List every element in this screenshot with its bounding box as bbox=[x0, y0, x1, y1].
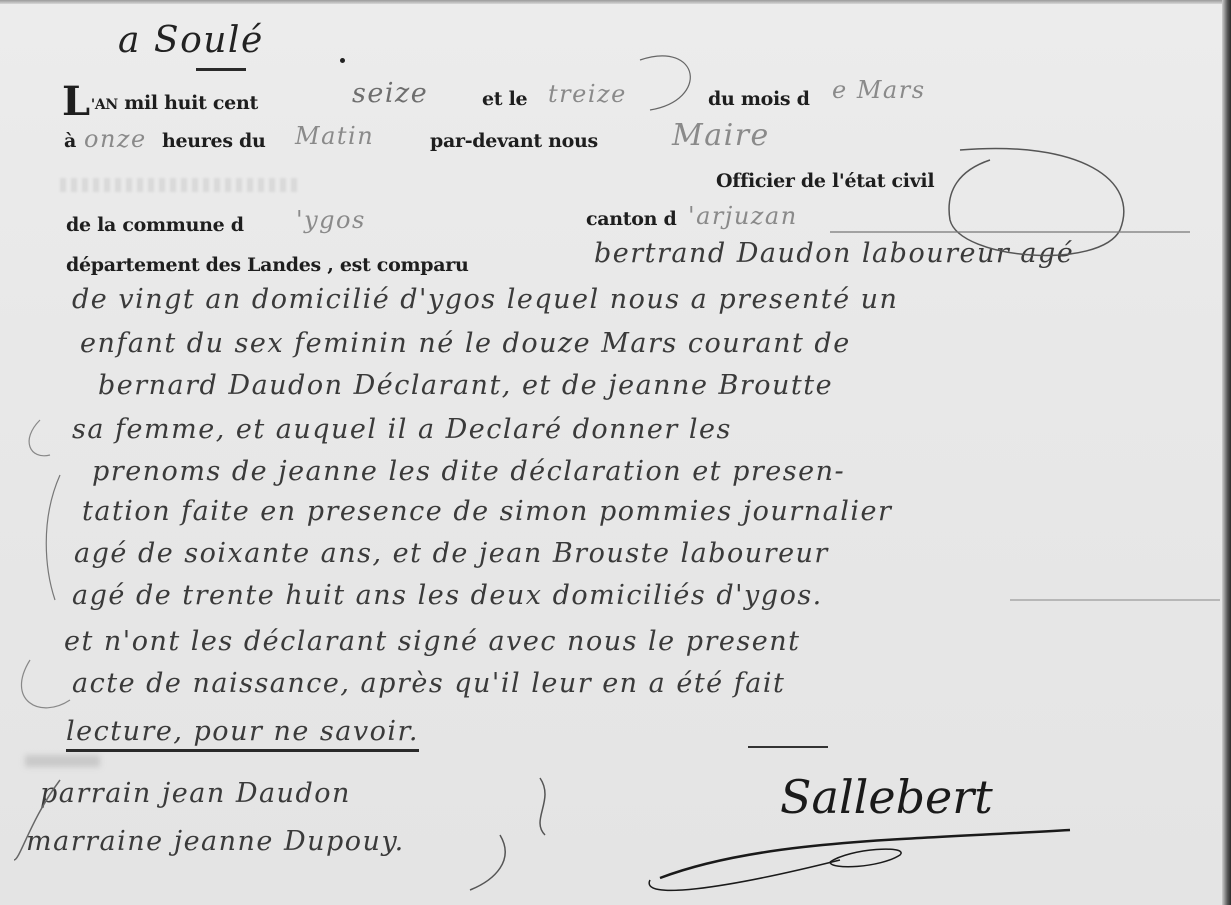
margin-name-underline bbox=[196, 68, 246, 71]
godmother-line: marraine jeanne Dupouy. bbox=[26, 826, 405, 857]
printed-line-1-prefix: L'AN mil huit cent bbox=[62, 82, 258, 122]
closing-dash bbox=[748, 746, 828, 748]
body-line-10: et n'ont les déclarant signé avec nous l… bbox=[64, 626, 800, 657]
filled-canton-text: 'arjuzan bbox=[688, 202, 798, 230]
printed-line-1-mid: et le bbox=[482, 88, 527, 110]
filled-officer: Maire bbox=[672, 118, 770, 153]
filled-year-text: seize bbox=[352, 78, 428, 109]
body-line-6: prenoms de jeanne les dite déclaration e… bbox=[92, 456, 845, 487]
filled-hour: onze bbox=[84, 125, 147, 153]
ink-smudge bbox=[25, 755, 100, 767]
body-line-4: bernard Daudon Déclarant, et de jeanne B… bbox=[98, 370, 833, 401]
filled-time-of-day: Matin bbox=[295, 122, 374, 150]
filled-canton: 'arjuzan bbox=[688, 202, 798, 230]
body-line-7: tation faite en presence de simon pommie… bbox=[82, 496, 892, 527]
margin-name-text: a Soulé bbox=[118, 20, 264, 61]
printed-text: mil huit cent bbox=[124, 92, 258, 114]
ink-bleed-through bbox=[60, 178, 300, 192]
page-top-edge bbox=[0, 0, 1231, 4]
filled-commune-text: 'ygos bbox=[296, 206, 366, 234]
page-binding-edge bbox=[1222, 0, 1231, 905]
drop-cap: L bbox=[62, 78, 90, 125]
filled-year: seize bbox=[352, 78, 428, 109]
printed-line-5: département des Landes , est comparu bbox=[66, 254, 468, 276]
filled-day: treize bbox=[548, 80, 627, 108]
filled-officer-text: Maire bbox=[672, 118, 770, 153]
officer-signature: Sallebert bbox=[780, 770, 993, 824]
printed-line-2-mid: heures du bbox=[162, 130, 266, 152]
filled-hour-text: onze bbox=[84, 125, 147, 153]
smallcaps-an: 'AN bbox=[91, 97, 118, 113]
body-line-2: de vingt an domicilié d'ygos lequel nous… bbox=[72, 284, 898, 315]
printed-line-1-suffix: du mois d bbox=[708, 88, 810, 110]
body-line-9: agé de trente huit ans les deux domicili… bbox=[72, 580, 823, 611]
body-line-3: enfant du sex feminin né le douze Mars c… bbox=[80, 328, 851, 359]
printed-line-2-prefix: à bbox=[64, 130, 76, 152]
printed-line-3: Officier de l'état civil bbox=[716, 170, 934, 192]
filled-month-text: e Mars bbox=[832, 76, 926, 104]
civil-record-page: a Soulé L'AN mil huit cent seize et le t… bbox=[0, 0, 1231, 905]
body-line-11: acte de naissance, après qu'il leur en a… bbox=[72, 668, 785, 699]
filled-time-text: Matin bbox=[295, 122, 374, 150]
filled-month: e Mars bbox=[832, 76, 926, 104]
godfather-line: parrain jean Daudon bbox=[40, 778, 351, 809]
filled-commune: 'ygos bbox=[296, 206, 366, 234]
printed-line-4-prefix: de la commune d bbox=[66, 214, 244, 236]
body-line-8: agé de soixante ans, et de jean Brouste … bbox=[74, 538, 829, 569]
margin-period bbox=[340, 58, 345, 63]
printed-line-4-mid: canton d bbox=[586, 208, 676, 230]
margin-name: a Soulé bbox=[118, 20, 264, 61]
printed-line-2-suffix: par-devant nous bbox=[430, 130, 598, 152]
filled-day-text: treize bbox=[548, 80, 627, 108]
body-line-1: bertrand Daudon laboureur agé bbox=[594, 238, 1074, 269]
body-line-12: lecture, pour ne savoir. bbox=[66, 716, 419, 747]
body-line-5: sa femme, et auquel il a Declaré donner … bbox=[72, 414, 732, 445]
body-line-12-text: lecture, pour ne savoir. bbox=[66, 716, 419, 752]
